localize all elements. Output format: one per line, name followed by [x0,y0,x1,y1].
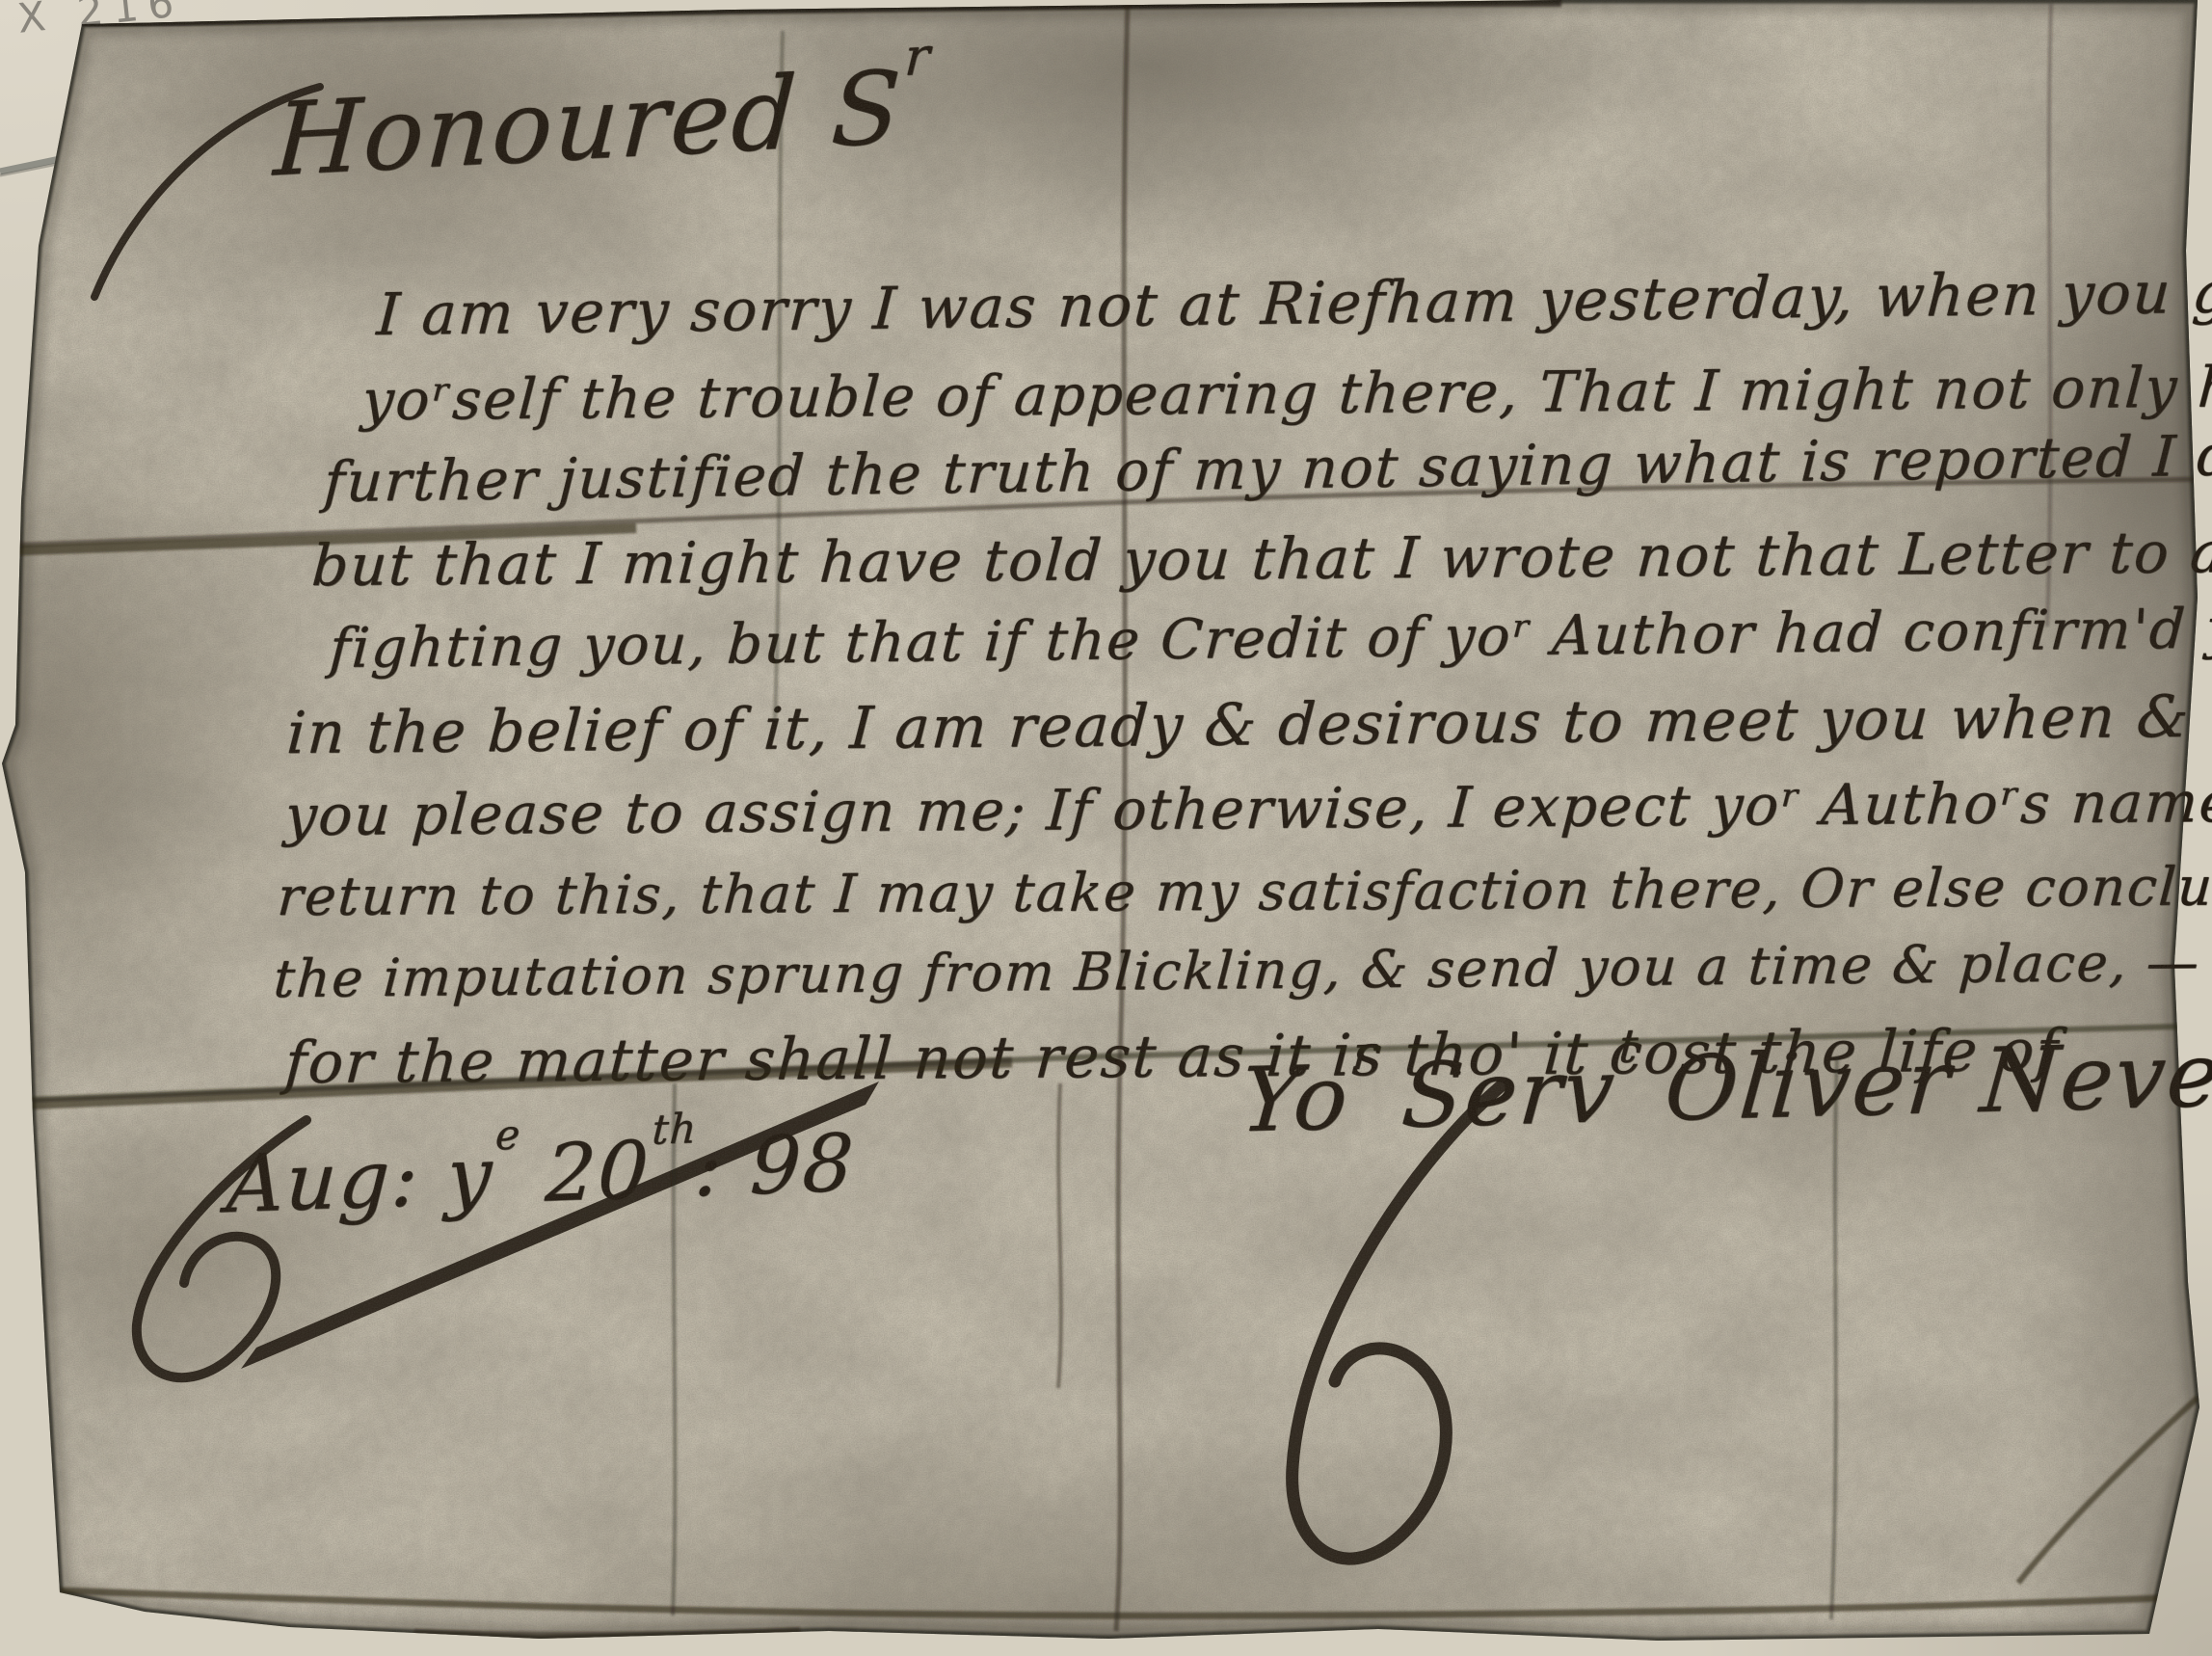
signature-superscript-t: t [1617,1020,1641,1074]
date-superscript-th: th [651,1105,698,1155]
salutation: Honoured Sr [272,46,931,199]
salutation-abbrev: S [795,48,906,172]
signature-name: Oliver Neve [1631,1023,2212,1141]
letter-body-line: I am very sorry I was not at Riefham yes… [375,257,2212,349]
signature-superscript-r: r [1350,1027,1377,1081]
signature-prefix: Yo [1238,1046,1354,1152]
date-line: Aug: ye 20th: 98 [225,1117,857,1231]
salutation-word: Honoured [272,54,801,200]
letter-body-line: but that I might have told you that I wr… [310,518,2212,599]
photograph-of-letter: X 216 [0,0,2212,1656]
letter-body-line: return to this, that I may take my satis… [276,855,2212,927]
date-day: 20 [517,1125,653,1221]
letter-body-line: the imputation sprung from Blickling, & … [272,932,2202,1009]
letter-body-line: yoʳself the trouble of appearing there, … [360,354,2212,433]
letter-text-layer: Honoured Sr I am very sorry I was not at… [0,0,2212,1656]
signature-servant: Serv [1369,1039,1620,1149]
date-prefix: Aug: y [225,1130,495,1231]
scanned-letter-page: { "archival_note": "X 216", "colors": { … [0,0,2212,1656]
date-year: : 98 [693,1117,858,1215]
letter-body-line: in the belief of it, I am ready & desiro… [285,681,2212,767]
letter-body-line: further justified the truth of my not sa… [322,421,2212,515]
letter-body-line: fighting you, but that if the Credit of … [328,596,2212,681]
letter-body-line: you please to assign me; If otherwise, I… [283,768,2212,848]
date-superscript-e: e [494,1111,522,1161]
salutation-superscript: r [903,25,932,88]
signature-paraph [1293,1085,1502,1559]
